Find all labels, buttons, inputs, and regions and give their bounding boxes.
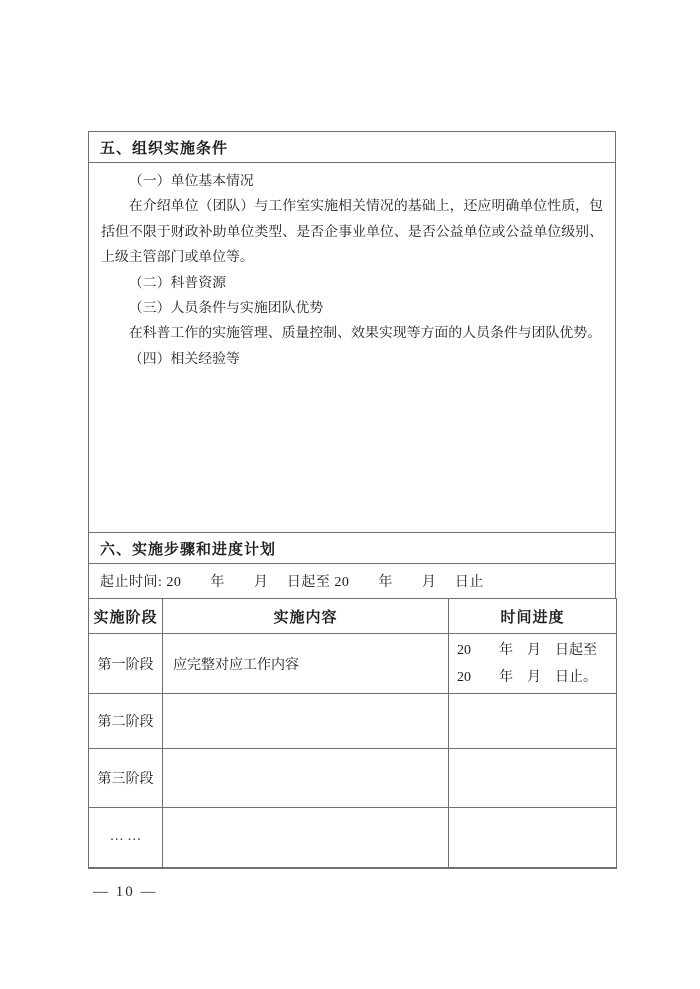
time-range-row: 起止时间: 20 年 月 日起至 20 年 月 日止 [89, 564, 615, 598]
table-row: 第二阶段 [89, 694, 617, 749]
table-row: 第三阶段 [89, 749, 617, 808]
content-cell [163, 808, 449, 868]
stage-cell: 第二阶段 [89, 694, 163, 749]
section-5-title: 五、组织实施条件 [89, 132, 615, 163]
section5-paragraph-2: 在科普工作的实施管理、质量控制、效果实现等方面的人员条件与团队优势。 [101, 321, 603, 346]
schedule-cell [449, 808, 617, 868]
content-cell [163, 694, 449, 749]
schedule-table: 实施阶段 实施内容 时间进度 第一阶段 应完整对应工作内容 20 年 月 日起至… [88, 598, 617, 869]
section-6-title: 六、实施步骤和进度计划 [89, 533, 615, 564]
stage-cell: 第三阶段 [89, 749, 163, 808]
section5-paragraph: 在介绍单位（团队）与工作室实施相关情况的基础上，还应明确单位性质，包括但不限于财… [101, 194, 603, 270]
table-row: … … [89, 808, 617, 868]
section5-item-1: （一）单位基本情况 [101, 169, 603, 194]
section5-item-4: （四）相关经验等 [101, 347, 603, 372]
schedule-cell [449, 749, 617, 808]
content-cell: 应完整对应工作内容 [163, 634, 449, 694]
header-content: 实施内容 [163, 599, 449, 634]
document-page: 五、组织实施条件 （一）单位基本情况 在介绍单位（团队）与工作室实施相关情况的基… [0, 0, 700, 989]
schedule-cell [449, 694, 617, 749]
schedule-line-1: 20 年 月 日起至 [457, 643, 597, 658]
section-5-content: （一）单位基本情况 在介绍单位（团队）与工作室实施相关情况的基础上，还应明确单位… [89, 163, 615, 532]
schedule-cell: 20 年 月 日起至20 年 月 日止。 [449, 634, 617, 694]
section-5-box: 五、组织实施条件 （一）单位基本情况 在介绍单位（团队）与工作室实施相关情况的基… [88, 131, 616, 533]
section-6-box: 六、实施步骤和进度计划 起止时间: 20 年 月 日起至 20 年 月 日止 [88, 532, 616, 599]
table-header-row: 实施阶段 实施内容 时间进度 [89, 599, 617, 634]
stage-cell: … … [89, 808, 163, 868]
section5-item-2: （二）科普资源 [101, 271, 603, 296]
form-body: 五、组织实施条件 （一）单位基本情况 在介绍单位（团队）与工作室实施相关情况的基… [88, 131, 616, 869]
section5-item-3: （三）人员条件与实施团队优势 [101, 296, 603, 321]
header-stage: 实施阶段 [89, 599, 163, 634]
header-schedule: 时间进度 [449, 599, 617, 634]
page-number: — 10 — [93, 884, 158, 901]
table-row: 第一阶段 应完整对应工作内容 20 年 月 日起至20 年 月 日止。 [89, 634, 617, 694]
stage-cell: 第一阶段 [89, 634, 163, 694]
content-cell [163, 749, 449, 808]
schedule-line-2: 20 年 月 日止。 [457, 670, 597, 685]
